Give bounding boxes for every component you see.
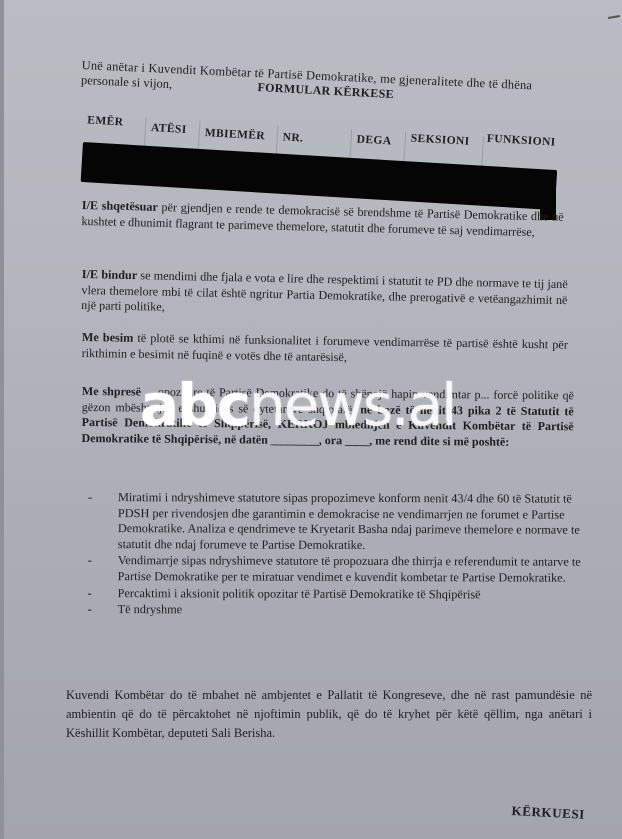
col-dega: DEGA [356,134,391,148]
paper-edge [0,0,4,839]
bullet-dash: - [88,490,92,506]
agenda-item: - Vendimarrje sipas ndryshimeve statutor… [88,553,588,586]
agenda-item-text: Miratimi i ndryshimeve statutore sipas p… [118,490,580,552]
paragraph-trust: Me besim të plotë se kthimi në funksiona… [82,330,568,369]
paragraph-lead: Me shpresë [82,384,141,399]
bullet-dash: - [88,586,92,602]
agenda-list: - Miratimi i ndryshimeve statutore sipas… [88,490,588,620]
paragraph-lead: I/E shqetësuar [82,198,158,214]
bullet-dash: - [88,553,92,569]
pen-mark [608,15,620,19]
paragraph-lead: Me besim [82,330,134,345]
watermark-brand: abc [140,371,249,439]
watermark-suffix: news.al [249,371,455,439]
col-nr: NR. [282,131,303,144]
agenda-item: - Miratimi i ndryshimeve statutore sipas… [88,490,588,554]
paragraph-convinced: I/E bindur se mendimi dhe fjala e vota e… [81,267,568,324]
agenda-item: - Percaktimi i aksionit politik opozitar… [88,586,588,603]
col-seksioni: SEKSIONI [410,133,469,148]
abcnews-watermark: abcnews.al [140,376,455,434]
signer-label: KËRKUESI [511,803,585,823]
paragraph-text: se mendimi dhe fjala e vota e lire dhe r… [81,268,568,314]
closing-paragraph: Kuvendi Kombëtar do të mbahet në ambjent… [66,686,592,743]
agenda-item: - Të ndryshme [88,602,588,619]
agenda-item-text: Vendimarrje sipas ndryshimeve statutore … [118,553,581,584]
paragraph-text: të plotë se kthimi në funksionalitet i f… [82,331,568,364]
agenda-item-text: Percaktimi i aksionit politik opozitar t… [118,586,481,601]
col-atesi: ATËSI [151,122,187,136]
paragraph-lead: I/E bindur [82,267,138,282]
document-photo: Unë anëtar i Kuvendit Kombëtar të Partis… [0,0,622,839]
agenda-item-text: Të ndryshme [118,602,183,616]
bullet-dash: - [88,602,92,618]
col-emer: EMËR [87,114,124,128]
col-funksioni: FUNKSIONI [487,133,556,149]
col-mbiemer: MBIEMËR [204,127,265,142]
